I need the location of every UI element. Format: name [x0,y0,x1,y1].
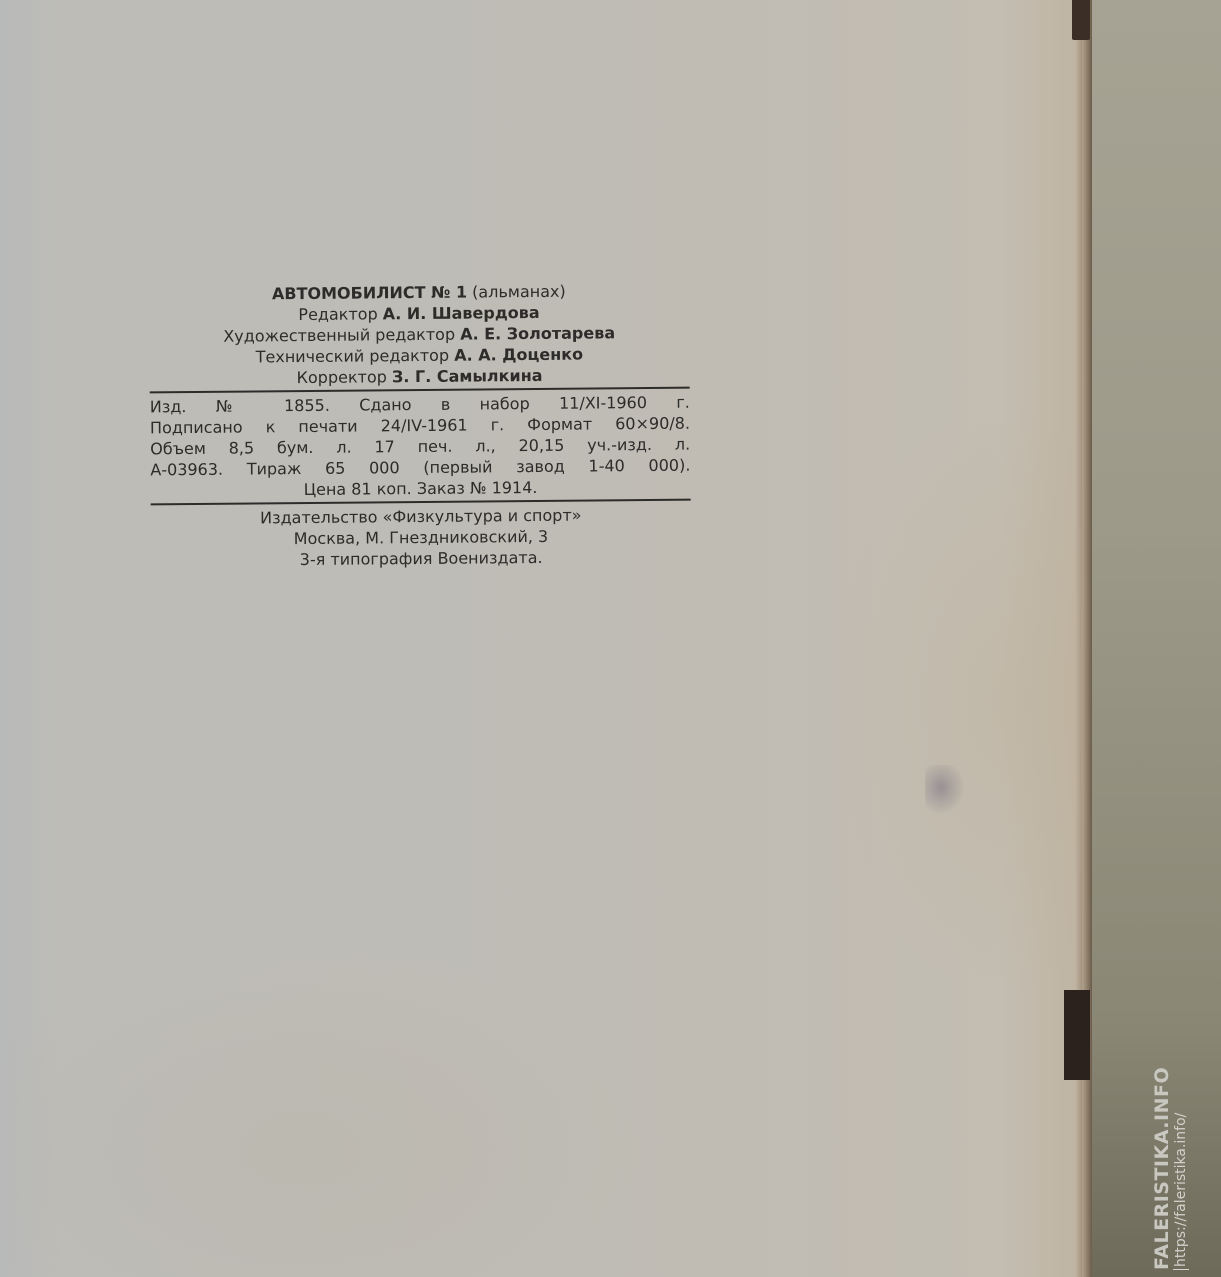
credit-name: А. Е. Золотарева [460,323,615,343]
credit-role: Редактор [298,304,383,324]
book-title-note: (альманах) [467,282,566,302]
credit-proofreader: Корректор З. Г. Самылкина [149,364,689,390]
colophon: АВТОМОБИЛИСТ № 1 (альманах) Редактор А. … [149,280,691,572]
binding-tab-bottom [1064,990,1090,1080]
credit-name: А. А. Доценко [454,345,583,365]
watermark: FALERISTIKA.INFO https://faleristika.inf… [1140,1070,1200,1270]
binding-tab-top [1072,0,1090,40]
credit-role: Технический редактор [256,346,455,367]
paper-stain [925,765,965,815]
credit-name: А. И. Шавердова [383,303,540,323]
watermark-brand: FALERISTIKA.INFO [1151,1070,1173,1270]
credit-role: Корректор [297,367,392,387]
book-page [0,0,1090,1277]
book-title: АВТОМОБИЛИСТ № 1 [272,283,467,304]
watermark-url: https://faleristika.info/ [1173,1070,1189,1270]
credit-role: Художественный редактор [223,325,460,346]
credit-name: З. Г. Самылкина [392,366,543,386]
page-edge [1082,0,1092,1277]
